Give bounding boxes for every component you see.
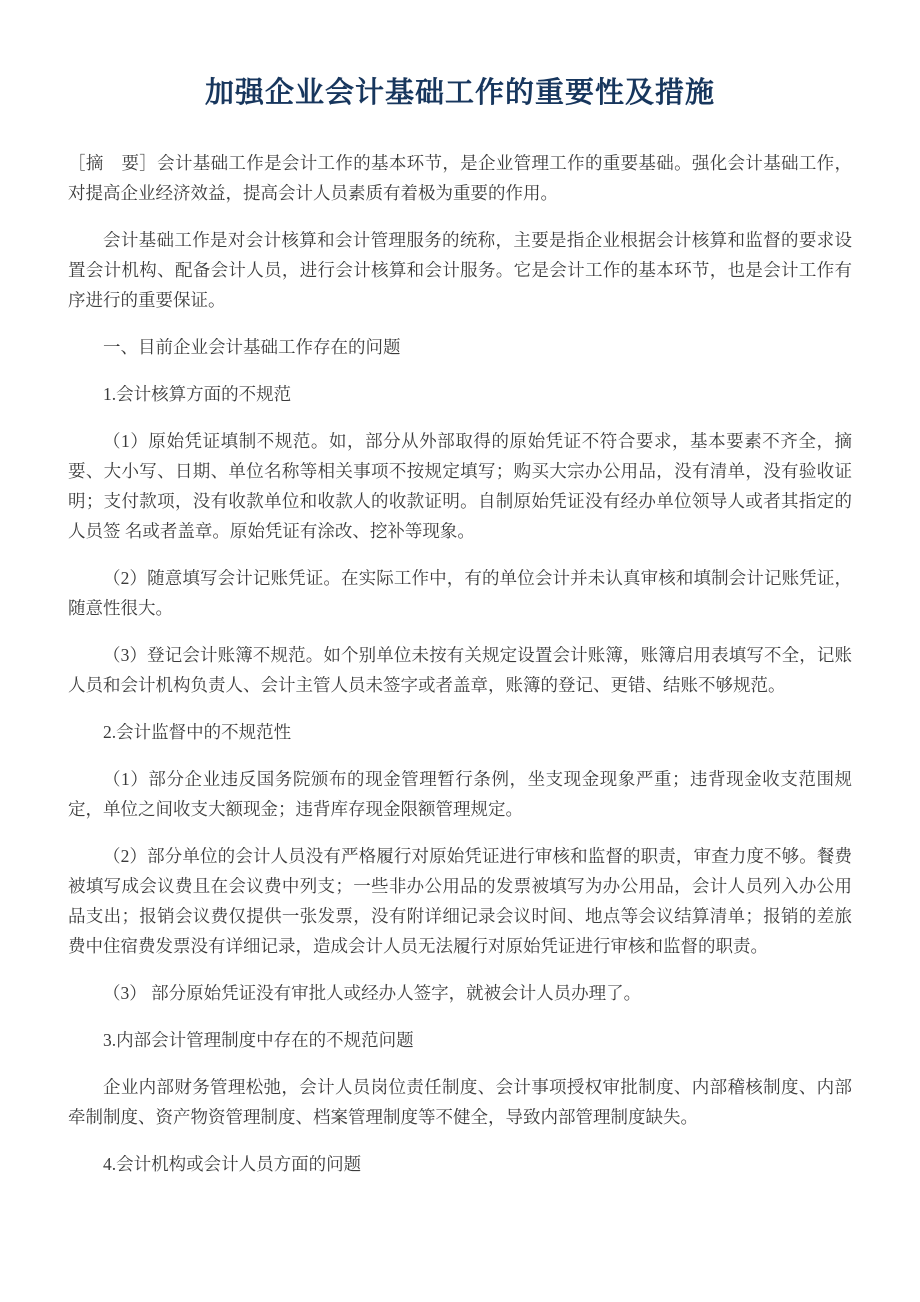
subsection-1-2-item-1: （1）部分企业违反国务院颁布的现金管理暂行条例，坐支现金现象严重；违背现金收支范… xyxy=(68,764,852,824)
subsection-1-2-item-3: （3） 部分原始凭证没有审批人或经办人签字，就被会计人员办理了。 xyxy=(68,978,852,1008)
document-title: 加强企业会计基础工作的重要性及措施 xyxy=(68,0,852,114)
intro-paragraph: 会计基础工作是对会计核算和会计管理服务的统称，主要是指企业根据会计核算和监督的要… xyxy=(68,225,852,315)
document-page: 加强企业会计基础工作的重要性及措施 ［摘 要］会计基础工作是会计工作的基本环节，… xyxy=(0,0,920,1302)
abstract-paragraph: ［摘 要］会计基础工作是会计工作的基本环节，是企业管理工作的重要基础。强化会计基… xyxy=(68,148,852,208)
subsection-1-3-heading: 3.内部会计管理制度中存在的不规范问题 xyxy=(68,1025,852,1055)
subsection-1-2-heading: 2.会计监督中的不规范性 xyxy=(68,717,852,747)
subsection-1-1-item-3: （3）登记会计账簿不规范。如个别单位未按有关规定设置会计账簿，账簿启用表填写不全… xyxy=(68,640,852,700)
subsection-1-2-item-2: （2）部分单位的会计人员没有严格履行对原始凭证进行审核和监督的职责，审查力度不够… xyxy=(68,841,852,961)
subsection-1-1-heading: 1.会计核算方面的不规范 xyxy=(68,379,852,409)
subsection-1-1-item-1: （1）原始凭证填制不规范。如，部分从外部取得的原始凭证不符合要求，基本要素不齐全… xyxy=(68,426,852,546)
section-1-heading: 一、目前企业会计基础工作存在的问题 xyxy=(68,332,852,362)
subsection-1-4-heading: 4.会计机构或会计人员方面的问题 xyxy=(68,1149,852,1179)
subsection-1-1-item-2: （2）随意填写会计记账凭证。在实际工作中，有的单位会计并未认真审核和填制会计记账… xyxy=(68,563,852,623)
subsection-1-3-body: 企业内部财务管理松弛，会计人员岗位责任制度、会计事项授权审批制度、内部稽核制度、… xyxy=(68,1072,852,1132)
